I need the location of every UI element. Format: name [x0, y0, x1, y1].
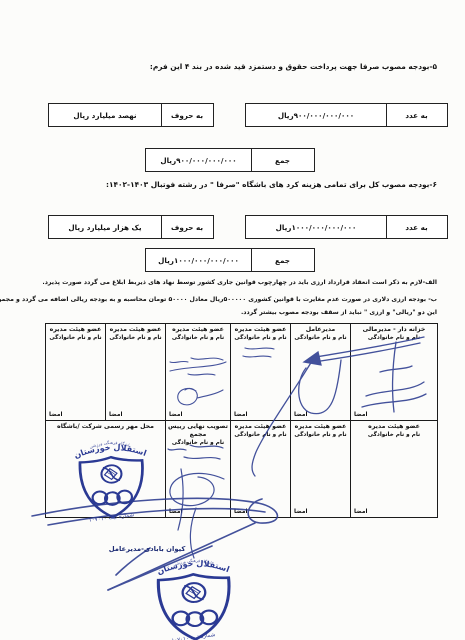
note-a: الف-لازم به ذکر است انعقاد قرارداد ارزی …	[42, 279, 437, 286]
name-label: نام و نام خانوادگی	[232, 335, 289, 341]
cell-board-member: عضو هیئت مدیره نام و نام خانوادگی امضا	[231, 421, 291, 518]
cell-assembly-approval: تصویب نهایی رییس مجمع نام و نام خانوادگی…	[166, 421, 231, 518]
sign-label: امضا	[169, 509, 182, 515]
name-label: نام و نام خانوادگی	[292, 335, 349, 341]
name-label: نام و نام خانوادگی	[292, 432, 349, 438]
role-label: عضو هیئت مدیره	[292, 423, 349, 431]
sign-label: امضا	[294, 509, 307, 515]
role-label: محل مهر رسمی شرکت /باشگاه	[47, 423, 164, 431]
name-label: نام و نام خانوادگی	[47, 335, 104, 341]
section6-words-label: به حروف	[160, 215, 214, 239]
name-label: نام و نام خانوادگی	[352, 335, 436, 341]
section5-total-value: ۹۰۰/۰۰۰/۰۰۰/۰۰۰ریال	[145, 148, 252, 172]
section6-numeric-label: به عدد	[385, 215, 448, 239]
stamp-club-name: استقلال خوزستان	[155, 558, 231, 577]
section5-title: ۵-بودجه مصوب صرفا جهت پرداخت حقوق و دستم…	[150, 62, 437, 71]
approval-table: خزانه دار - مدیرمالی نام و نام خانوادگی …	[45, 323, 438, 518]
cell-board-member: عضو هیئت مدیره نام و نام خانوادگی امضا	[166, 324, 231, 421]
role-label: تصویب نهایی رییس مجمع	[167, 423, 229, 439]
cell-board-member: عضو هیئت مدیره نام و نام خانوادگی امضا	[46, 324, 106, 421]
cell-treasurer: خزانه دار - مدیرمالی نام و نام خانوادگی …	[351, 324, 438, 421]
sign-label: امضا	[354, 509, 367, 515]
section6-numeric-value: ۱۰۰۰/۰۰۰/۰۰۰/۰۰۰ریال	[245, 215, 387, 239]
svg-text:باشگاه فرهنگی ورزشی: باشگاه فرهنگی ورزشی	[172, 557, 213, 567]
name-label: نام و نام خانوادگی	[167, 335, 229, 341]
note-b-line2: این دو "ریالی" و ارزی " نباید از سقف بود…	[241, 309, 437, 316]
name-label: نام و نام خانوادگی	[232, 432, 289, 438]
note-b-line1: ب- بودجه ارزی دلاری در صورت عدم مغایرت ب…	[0, 296, 437, 303]
role-label: عضو هیئت مدیره	[232, 326, 289, 334]
section6-title: ۶-بودجه مصوب کل برای تمامی هزینه کرد های…	[106, 180, 437, 189]
section6-total-label: جمع	[250, 248, 315, 272]
cell-board-member: عضو هیئت مدیره نام و نام خانوادگی امضا	[291, 421, 351, 518]
role-label: عضو هیئت مدیره	[107, 326, 164, 334]
name-label: نام و نام خانوادگی	[352, 432, 436, 438]
scanned-budget-form: ۵-بودجه مصوب صرفا جهت پرداخت حقوق و دستم…	[0, 0, 465, 640]
section5-total-label: جمع	[250, 148, 315, 172]
name-label: نام و نام خانوادگی	[107, 335, 164, 341]
section5-words-label: به حروف	[160, 103, 214, 127]
sign-label: امضا	[294, 412, 307, 418]
signature-ink-layer	[0, 0, 465, 640]
section5-words-value: نهصد میلیارد ریال	[48, 103, 162, 127]
cell-board-member: عضو هیئت مدیره نام و نام خانوادگی امضا	[351, 421, 438, 518]
cell-ceo: مدیرعامل نام و نام خانوادگی امضا	[291, 324, 351, 421]
role-label: خزانه دار - مدیرمالی	[352, 326, 436, 334]
sign-label: امضا	[234, 509, 247, 515]
section6-total-value: ۱۰۰۰/۰۰۰/۰۰۰/۰۰۰ریال	[145, 248, 252, 272]
stamp-registration: شماره ثبت ۱۰۷۰۱۰	[171, 632, 216, 640]
role-label: عضو هیئت مدیره	[232, 423, 289, 431]
sign-label: امضا	[169, 412, 182, 418]
sign-label: امضا	[49, 412, 62, 418]
sign-label: امضا	[354, 412, 367, 418]
svg-text:استقلال خوزستان: استقلال خوزستان	[155, 558, 231, 577]
club-stamp: باشگاه فرهنگی ورزشی استقلال خوزستان شمار…	[134, 544, 255, 640]
managing-director-name: کیوان بابادی-مدیرعامل	[84, 545, 210, 553]
role-label: مدیرعامل	[292, 326, 349, 334]
role-label: عضو هیئت مدیره	[47, 326, 104, 334]
cell-board-member: عضو هیئت مدیره نام و نام خانوادگی امضا	[106, 324, 166, 421]
section5-numeric-value: ۹۰۰/۰۰۰/۰۰۰/۰۰۰ریال	[245, 103, 387, 127]
section6-words-value: یک هزار میلیارد ریال	[48, 215, 162, 239]
role-label: عضو هیئت مدیره	[167, 326, 229, 334]
name-label: نام و نام خانوادگی	[167, 440, 229, 446]
sign-label: امضا	[234, 412, 247, 418]
role-label: عضو هیئت مدیره	[352, 423, 436, 431]
sign-label: امضا	[109, 412, 122, 418]
cell-board-member: عضو هیئت مدیره نام و نام خانوادگی امضا	[231, 324, 291, 421]
section5-numeric-label: به عدد	[385, 103, 448, 127]
stamp-club-type: باشگاه فرهنگی ورزشی	[172, 557, 213, 567]
cell-official-stamp: محل مهر رسمی شرکت /باشگاه	[46, 421, 166, 518]
